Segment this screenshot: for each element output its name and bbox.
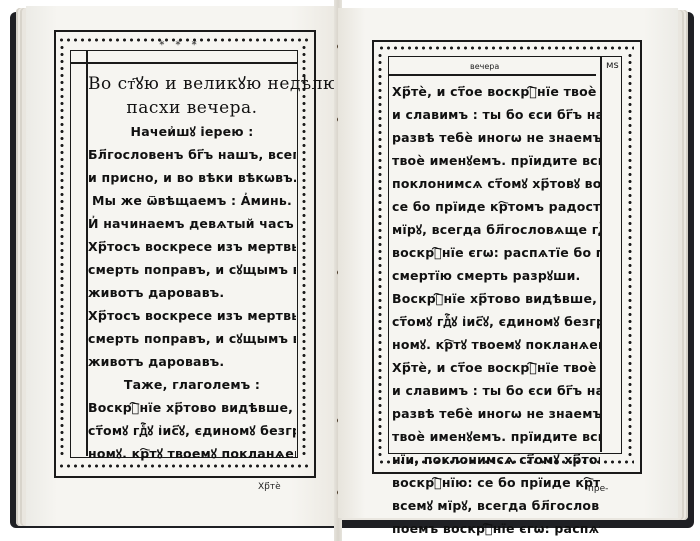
right-top-ornament-border xyxy=(378,44,634,52)
text-line: номꙋ. кр҇тꙋ твоемꙋ покланѧемсѧ xyxy=(88,442,296,465)
text-line: поклонимсѧ ст҃омꙋ хр҃товꙋ воскрⷭ҇нїю: xyxy=(392,172,600,195)
text-line: твоѐ именꙋемъ. прїидите вси вѣрнїи, xyxy=(392,149,600,172)
right-page-text: Хр҃тѐ, и ст҃ое воскрⷭ҇нїе твоѐ поемъ и с… xyxy=(392,80,600,540)
text-line: Хр҃тосъ воскресе изъ мертвыхъ, смертїю xyxy=(88,304,296,327)
running-head: вечера xyxy=(470,62,499,71)
text-line: и славимъ : ты бо єси бг҃ъ нашъ, xyxy=(392,379,600,402)
text-line: воскрⷭ҇нїю: се бо прїиде кр҇томъ радость xyxy=(392,471,600,494)
text-line: номꙋ. кр҇тꙋ твоемꙋ покланѧемсѧ xyxy=(392,333,600,356)
text-line: нїи, поклонимсѧ ст҃омꙋ хр҃товꙋ xyxy=(392,448,600,471)
right-header-rule xyxy=(388,74,596,76)
text-line: поемъ воскрⷭ҇нїе єгѡ: распѧтїе бо xyxy=(392,517,600,540)
text-line: мїрꙋ, всегда бл҃гословѧще гдⷭ҇а, поемъ xyxy=(392,218,600,241)
text-line: Бл҃гословенъ бг҃ъ нашъ, всегда, нынѣ xyxy=(88,143,296,166)
text-line: всемꙋ мїрꙋ, всегда бл҃гословѧще гдⷭ҇а, xyxy=(392,494,600,517)
text-line: животъ даровавъ. xyxy=(88,350,296,373)
right-folio-column-rule xyxy=(600,56,602,452)
star-ornament: * * * xyxy=(140,40,220,51)
left-header-rule xyxy=(70,62,298,64)
text-line: твоѐ именꙋемъ. прїидите вси вѣр- xyxy=(392,425,600,448)
text-line: Таже, глаголемъ : xyxy=(88,373,296,396)
text-line: смертїю смерть разрꙋши. xyxy=(392,264,600,287)
left-catchword: Хр҃тѐ xyxy=(258,482,281,492)
right-left-ornament-border xyxy=(376,52,384,456)
left-side-ornament-border xyxy=(58,44,66,458)
text-line: смерть поправъ, и сꙋщымъ во гробѣхъ xyxy=(88,258,296,281)
right-catchword: пре- xyxy=(588,484,608,494)
text-line: Воскрⷭ҇нїе хр҃тово видѣвше, поклонимсѧ xyxy=(88,396,296,419)
text-line: животъ даровавъ. xyxy=(88,281,296,304)
text-line: и присно, и во вѣки вѣкѡвъ. xyxy=(88,166,296,189)
text-line: смерть поправъ, и сꙋщымъ во гробѣхъ xyxy=(88,327,296,350)
page-folio-number: мѕ xyxy=(606,60,619,71)
text-line: ст҃омꙋ гдⷭ҇ꙋ і҆ис҃ꙋ, єдиномꙋ безгрѣш- xyxy=(392,310,600,333)
chapter-title-line-2: пасхи вечера. xyxy=(88,96,296,120)
text-line: Хр҃тѐ, и ст҃ое воскрⷭ҇нїе твоѐ поемъ xyxy=(392,356,600,379)
text-line: И҆ начинаемъ девѧтый часъ : xyxy=(88,212,296,235)
text-line: Начеи҆шꙋ іерею : xyxy=(88,120,296,143)
text-line: Хр҃тосъ воскресе изъ мертвыхъ, смертїю xyxy=(88,235,296,258)
text-line: Воскрⷭ҇нїе хр҃тово видѣвше, поклонимсѧ xyxy=(392,287,600,310)
text-line: развѣ тебѐ иногѡ не знаемъ, имѧ xyxy=(392,402,600,425)
left-page-text: Во ст҃ꙋю и великꙋю недѣлю пасхи вечера. … xyxy=(88,72,296,465)
text-line: и славимъ : ты бо єси бг҃ъ нашъ, xyxy=(392,103,600,126)
chapter-title-line-1: Во ст҃ꙋю и великꙋю недѣлю xyxy=(88,72,296,96)
open-book-photo: * * * Во ст҃ꙋю и великꙋю недѣлю пасхи ве… xyxy=(0,0,700,541)
text-line: Хр҃тѐ, и ст҃ое воскрⷭ҇нїе твоѐ поемъ xyxy=(392,80,600,103)
left-right-ornament-border xyxy=(300,44,308,458)
text-line: Мы же ѿвѣщаемъ : А҆минь. xyxy=(88,189,296,212)
text-line: се бо прїиде кр҇томъ радость всемꙋ xyxy=(392,195,600,218)
right-side-ornament-border xyxy=(626,52,634,456)
text-line: воскрⷭ҇нїе єгѡ: распѧтїе бо претерпѣвъ, xyxy=(392,241,600,264)
text-line: развѣ тебѐ иногѡ не знаемъ, имѧ xyxy=(392,126,600,149)
text-line: ст҃омꙋ гдⷭ҇ꙋ і҆ис҃ꙋ, єдиномꙋ безгрѣш- xyxy=(88,419,296,442)
